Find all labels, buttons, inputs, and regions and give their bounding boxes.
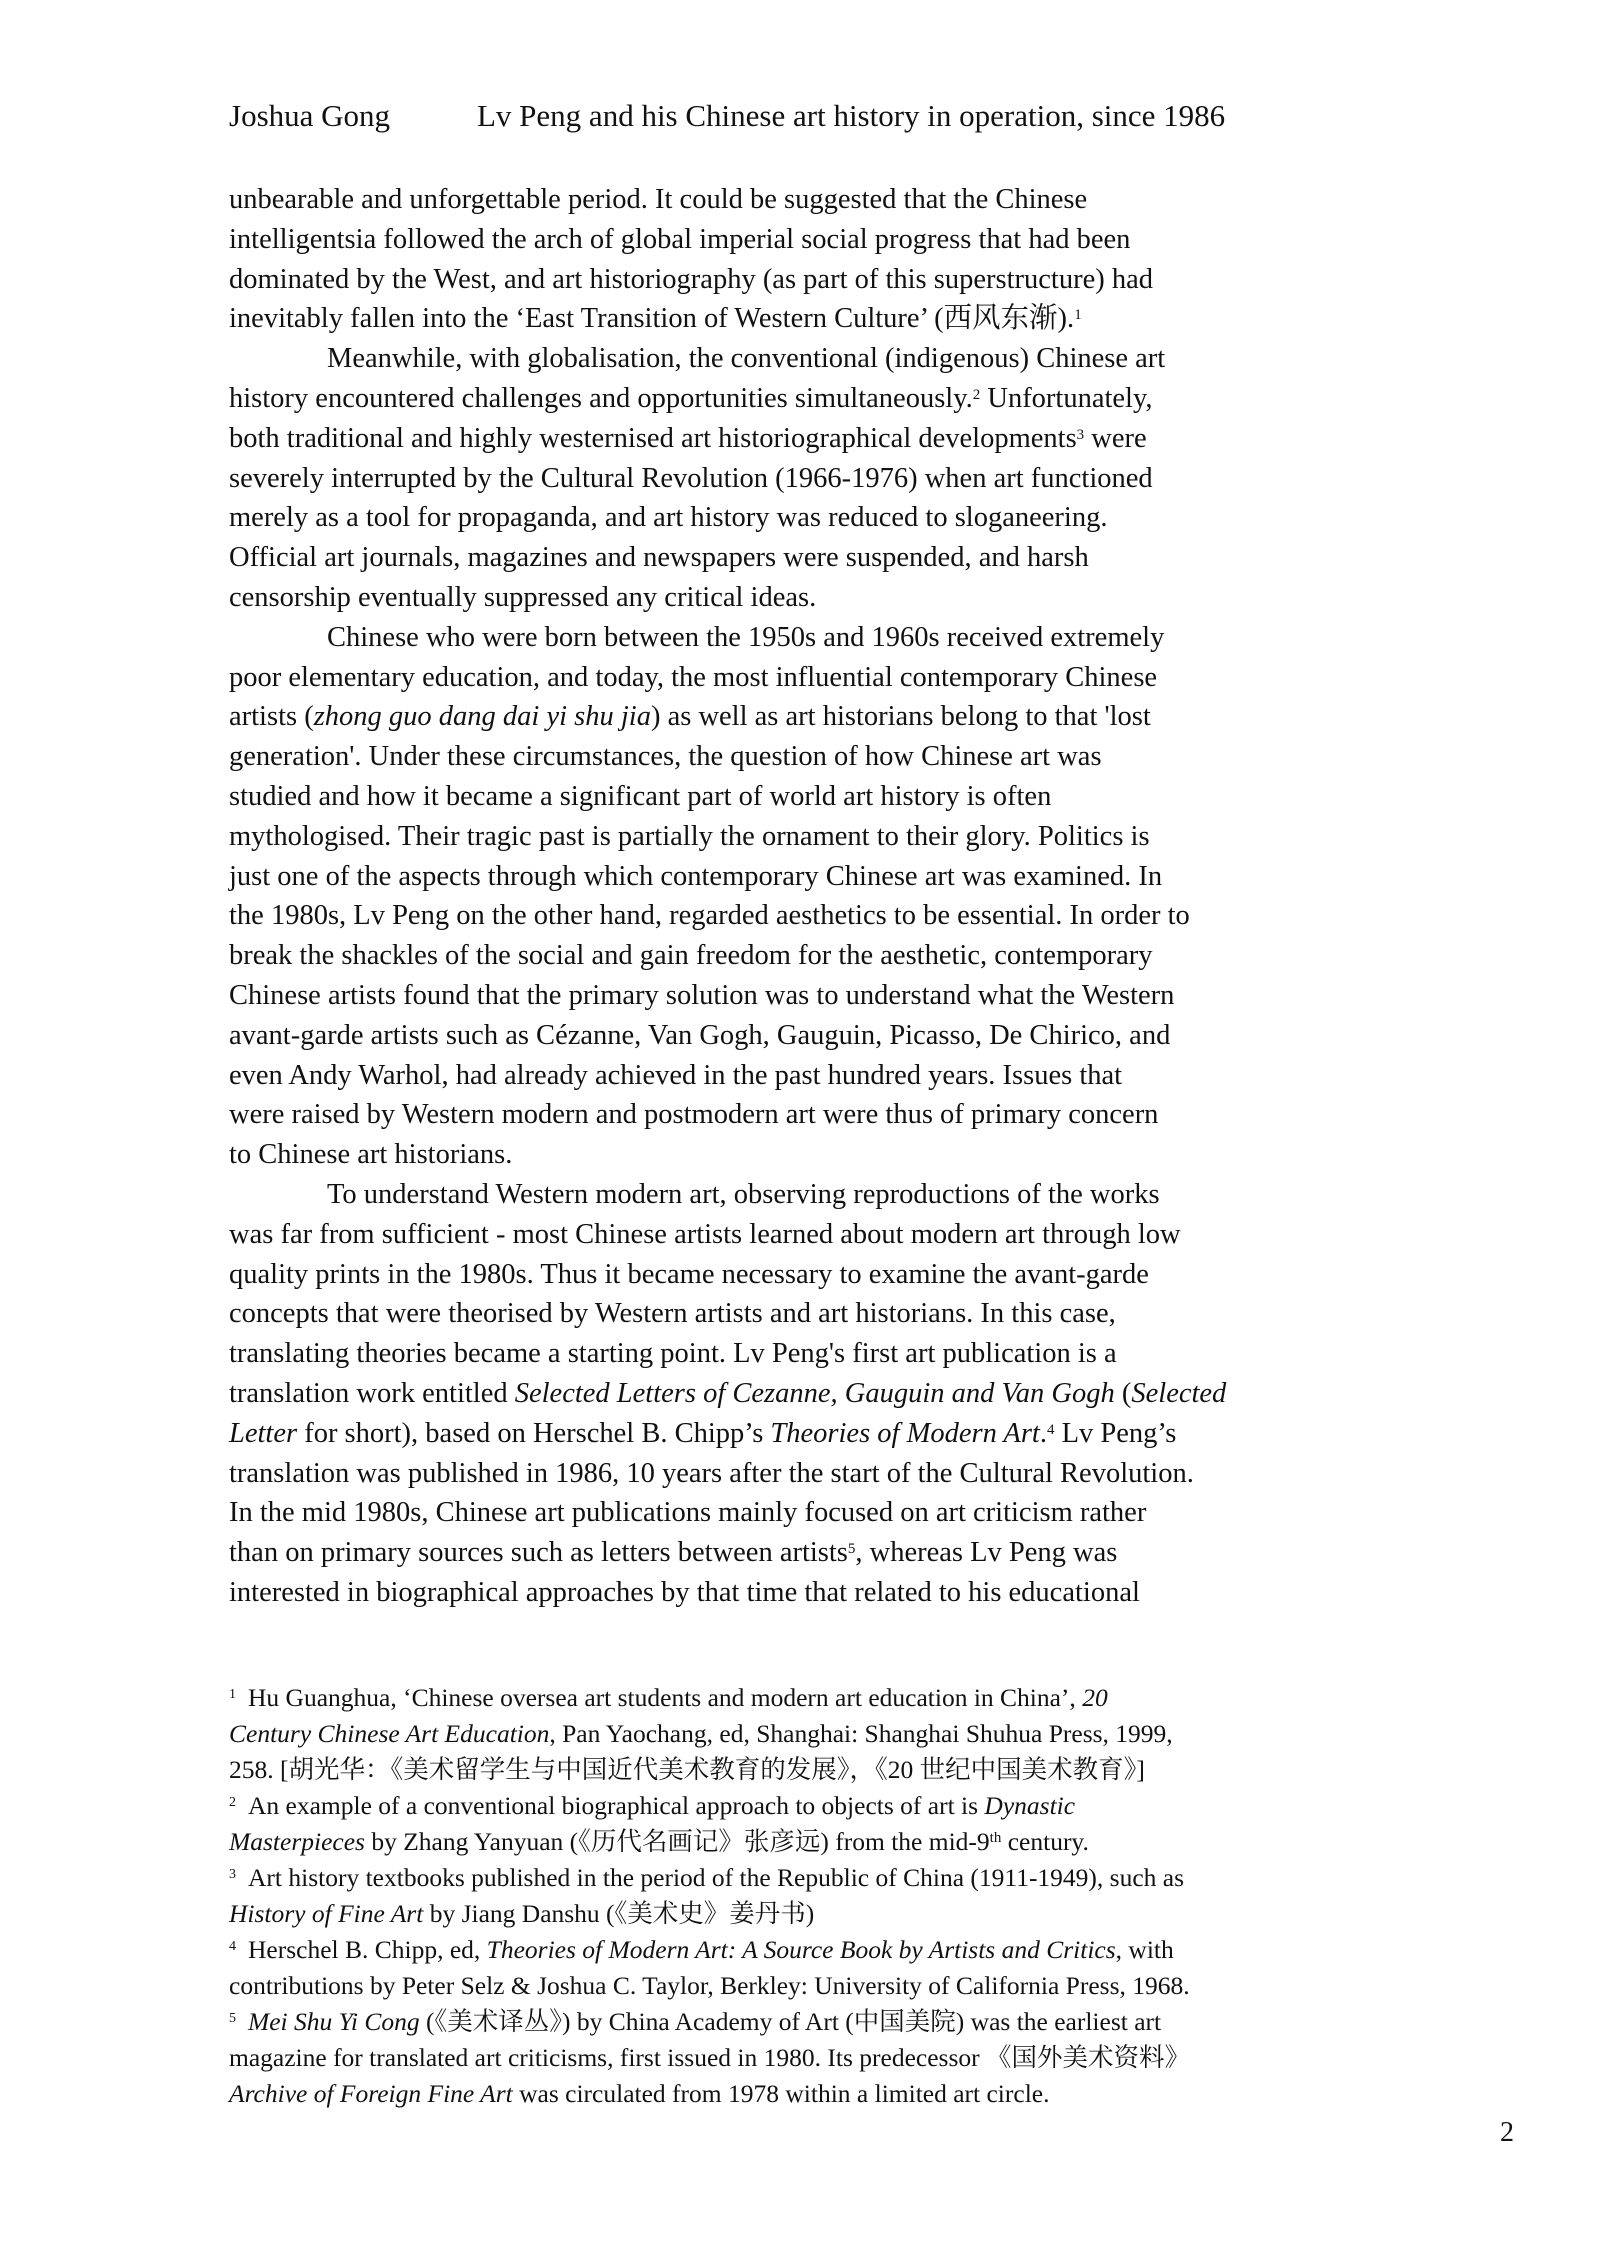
body-line: history encountered challenges and oppor…: [229, 379, 1339, 419]
header-title: Lv Peng and his Chinese art history in o…: [477, 96, 1225, 136]
text-run: inevitably fallen into the ‘East Transit…: [229, 303, 1074, 334]
text-run: , whereas Lv Peng was: [855, 1537, 1117, 1568]
footnote-line: Archive of Foreign Fine Art was circulat…: [229, 2076, 1339, 2112]
text-run: dominated by the West, and art historiog…: [229, 264, 1153, 295]
text-run: were: [1084, 423, 1147, 454]
text-run: was circulated from 1978 within a limite…: [513, 2079, 1050, 2108]
text-run: (《美术译丛》) by China Academy of Art (中国美院) …: [420, 2007, 1161, 2036]
text-run: .: [1040, 1418, 1047, 1449]
footnote-reference: 1: [1074, 307, 1082, 323]
italic-text: Theories of Modern Art: [770, 1418, 1039, 1449]
footnote-line: 4Herschel B. Chipp, ed, Theories of Mode…: [229, 1932, 1339, 1968]
body-line: censorship eventually suppressed any cri…: [229, 578, 1339, 618]
body-line: artists (zhong guo dang dai yi shu jia) …: [229, 697, 1339, 737]
text-run: than on primary sources such as letters …: [229, 1537, 848, 1568]
body-line: inevitably fallen into the ‘East Transit…: [229, 299, 1339, 339]
body-line: In the mid 1980s, Chinese art publicatio…: [229, 1493, 1339, 1533]
text-run: to Chinese art historians.: [229, 1139, 512, 1170]
body-line: even Andy Warhol, had already achieved i…: [229, 1056, 1339, 1096]
body-line: merely as a tool for propaganda, and art…: [229, 498, 1339, 538]
text-run: by Jiang Danshu (《美术史》姜丹书): [423, 1899, 814, 1928]
footnote-line: History of Fine Art by Jiang Danshu (《美术…: [229, 1896, 1339, 1932]
italic-text: History of Fine Art: [229, 1899, 423, 1928]
body-line: both traditional and highly westernised …: [229, 419, 1339, 459]
text-run: history encountered challenges and oppor…: [229, 383, 973, 414]
italic-text: Masterpieces: [229, 1827, 365, 1856]
text-run: Herschel B. Chipp, ed,: [248, 1935, 487, 1964]
body-line: Meanwhile, with globalisation, the conve…: [229, 339, 1339, 379]
italic-text: Mei Shu Yi Cong: [248, 2007, 420, 2036]
body-line: Chinese artists found that the primary s…: [229, 976, 1339, 1016]
text-run: century.: [1001, 1827, 1089, 1856]
body-line: poor elementary education, and today, th…: [229, 658, 1339, 698]
text-run: intelligentsia followed the arch of glob…: [229, 224, 1130, 255]
body-line: interested in biographical approaches by…: [229, 1573, 1339, 1613]
footnote-number: 5: [229, 2011, 236, 2026]
footnotes: 1Hu Guanghua, ‘Chinese oversea art stude…: [229, 1680, 1339, 2112]
text-run: generation'. Under these circumstances, …: [229, 741, 1102, 772]
body-line: studied and how it became a significant …: [229, 777, 1339, 817]
text-run: translation was published in 1986, 10 ye…: [229, 1458, 1194, 1489]
footnote-line: 258. [胡光华：《美术留学生与中国近代美术教育的发展》，《20 世纪中国美术…: [229, 1752, 1339, 1788]
text-run: contributions by Peter Selz & Joshua C. …: [229, 1971, 1190, 2000]
italic-text: zhong guo dang dai yi shu jia: [314, 701, 651, 732]
text-run: was far from sufficient - most Chinese a…: [229, 1219, 1181, 1250]
text-run: studied and how it became a significant …: [229, 781, 1051, 812]
text-run: magazine for translated art criticisms, …: [229, 2043, 1190, 2072]
footnote-line: Century Chinese Art Education, Pan Yaoch…: [229, 1716, 1339, 1752]
text-run: Chinese who were born between the 1950s …: [327, 622, 1164, 653]
text-run: poor elementary education, and today, th…: [229, 662, 1157, 693]
text-run: for short), based on Herschel B. Chipp’s: [297, 1418, 770, 1449]
italic-text: Letter: [229, 1418, 297, 1449]
text-run: interested in biographical approaches by…: [229, 1577, 1140, 1608]
text-run: To understand Western modern art, observ…: [327, 1179, 1160, 1210]
text-run: both traditional and highly westernised …: [229, 423, 1077, 454]
body-line: translation was published in 1986, 10 ye…: [229, 1454, 1339, 1494]
body-text: unbearable and unforgettable period. It …: [229, 180, 1339, 1613]
footnote-line: magazine for translated art criticisms, …: [229, 2040, 1339, 2076]
body-line: dominated by the West, and art historiog…: [229, 260, 1339, 300]
body-line: were raised by Western modern and postmo…: [229, 1095, 1339, 1135]
text-run: even Andy Warhol, had already achieved i…: [229, 1060, 1122, 1091]
body-line: just one of the aspects through which co…: [229, 857, 1339, 897]
footnote-number: 4: [229, 1939, 236, 1954]
body-line: intelligentsia followed the arch of glob…: [229, 220, 1339, 260]
italic-text: 20: [1082, 1683, 1108, 1712]
text-run: mythologised. Their tragic past is parti…: [229, 821, 1150, 852]
footnote-reference: th: [990, 1830, 1002, 1846]
italic-text: Century Chinese Art Education: [229, 1719, 549, 1748]
text-run: , Pan Yaochang, ed, Shanghai: Shanghai S…: [549, 1719, 1172, 1748]
text-run: , with: [1116, 1935, 1174, 1964]
text-run: censorship eventually suppressed any cri…: [229, 582, 816, 613]
footnote-line: 3Art history textbooks published in the …: [229, 1860, 1339, 1896]
footnote-number: 3: [229, 1867, 236, 1882]
header-author: Joshua Gong: [229, 96, 390, 136]
body-line: generation'. Under these circumstances, …: [229, 737, 1339, 777]
body-line: the 1980s, Lv Peng on the other hand, re…: [229, 896, 1339, 936]
footnote-line: 2An example of a conventional biographic…: [229, 1788, 1339, 1824]
body-line: concepts that were theorised by Western …: [229, 1294, 1339, 1334]
body-line: severely interrupted by the Cultural Rev…: [229, 459, 1339, 499]
text-run: In the mid 1980s, Chinese art publicatio…: [229, 1497, 1146, 1528]
text-run: severely interrupted by the Cultural Rev…: [229, 463, 1153, 494]
text-run: translation work entitled: [229, 1378, 515, 1409]
page-number: 2: [1500, 2113, 1514, 2153]
footnote-line: Masterpieces by Zhang Yanyuan (《历代名画记》张彦…: [229, 1824, 1339, 1860]
body-line: translating theories became a starting p…: [229, 1334, 1339, 1374]
text-run: Chinese artists found that the primary s…: [229, 980, 1174, 1011]
body-line: To understand Western modern art, observ…: [229, 1175, 1339, 1215]
text-run: were raised by Western modern and postmo…: [229, 1099, 1158, 1130]
text-run: Hu Guanghua, ‘Chinese oversea art studen…: [248, 1683, 1082, 1712]
italic-text: Selected Letters of Cezanne, Gauguin and…: [515, 1378, 1115, 1409]
text-run: unbearable and unforgettable period. It …: [229, 184, 1087, 215]
text-run: concepts that were theorised by Western …: [229, 1298, 1116, 1329]
footnote-number: 1: [229, 1687, 236, 1702]
body-line: quality prints in the 1980s. Thus it bec…: [229, 1255, 1339, 1295]
body-line: Letter for short), based on Herschel B. …: [229, 1414, 1339, 1454]
italic-text: Selected: [1131, 1378, 1226, 1409]
body-line: Official art journals, magazines and new…: [229, 538, 1339, 578]
text-run: by Zhang Yanyuan (《历代名画记》张彦远) from the m…: [365, 1827, 990, 1856]
text-run: merely as a tool for propaganda, and art…: [229, 502, 1107, 533]
italic-text: Dynastic: [984, 1791, 1075, 1820]
footnote-line: 5Mei Shu Yi Cong (《美术译丛》) by China Acade…: [229, 2004, 1339, 2040]
body-line: than on primary sources such as letters …: [229, 1533, 1339, 1573]
footnote-line: 1Hu Guanghua, ‘Chinese oversea art stude…: [229, 1680, 1339, 1716]
text-run: Art history textbooks published in the p…: [248, 1863, 1184, 1892]
text-run: ) as well as art historians belong to th…: [651, 701, 1151, 732]
body-line: unbearable and unforgettable period. It …: [229, 180, 1339, 220]
body-line: was far from sufficient - most Chinese a…: [229, 1215, 1339, 1255]
document-page: Joshua Gong Lv Peng and his Chinese art …: [0, 0, 1600, 2265]
footnote-line: contributions by Peter Selz & Joshua C. …: [229, 1968, 1339, 2004]
body-line: translation work entitled Selected Lette…: [229, 1374, 1339, 1414]
italic-text: Archive of Foreign Fine Art: [229, 2079, 513, 2108]
text-run: Meanwhile, with globalisation, the conve…: [327, 343, 1165, 374]
text-run: (: [1115, 1378, 1132, 1409]
text-run: Unfortunately,: [980, 383, 1152, 414]
footnote-number: 2: [229, 1795, 236, 1810]
text-run: avant-garde artists such as Cézanne, Van…: [229, 1020, 1170, 1051]
text-run: 258. [胡光华：《美术留学生与中国近代美术教育的发展》，《20 世纪中国美术…: [229, 1755, 1145, 1784]
body-line: avant-garde artists such as Cézanne, Van…: [229, 1016, 1339, 1056]
text-run: An example of a conventional biographica…: [248, 1791, 984, 1820]
body-line: break the shackles of the social and gai…: [229, 936, 1339, 976]
body-line: Chinese who were born between the 1950s …: [229, 618, 1339, 658]
italic-text: Theories of Modern Art: A Source Book by…: [487, 1935, 1116, 1964]
running-header: Joshua Gong Lv Peng and his Chinese art …: [229, 96, 1339, 136]
text-run: Lv Peng’s: [1054, 1418, 1176, 1449]
body-line: mythologised. Their tragic past is parti…: [229, 817, 1339, 857]
text-run: artists (: [229, 701, 314, 732]
text-run: Official art journals, magazines and new…: [229, 542, 1089, 573]
text-run: quality prints in the 1980s. Thus it bec…: [229, 1259, 1149, 1290]
text-run: just one of the aspects through which co…: [229, 861, 1162, 892]
text-run: break the shackles of the social and gai…: [229, 940, 1153, 971]
text-run: translating theories became a starting p…: [229, 1338, 1117, 1369]
text-run: the 1980s, Lv Peng on the other hand, re…: [229, 900, 1190, 931]
body-line: to Chinese art historians.: [229, 1135, 1339, 1175]
